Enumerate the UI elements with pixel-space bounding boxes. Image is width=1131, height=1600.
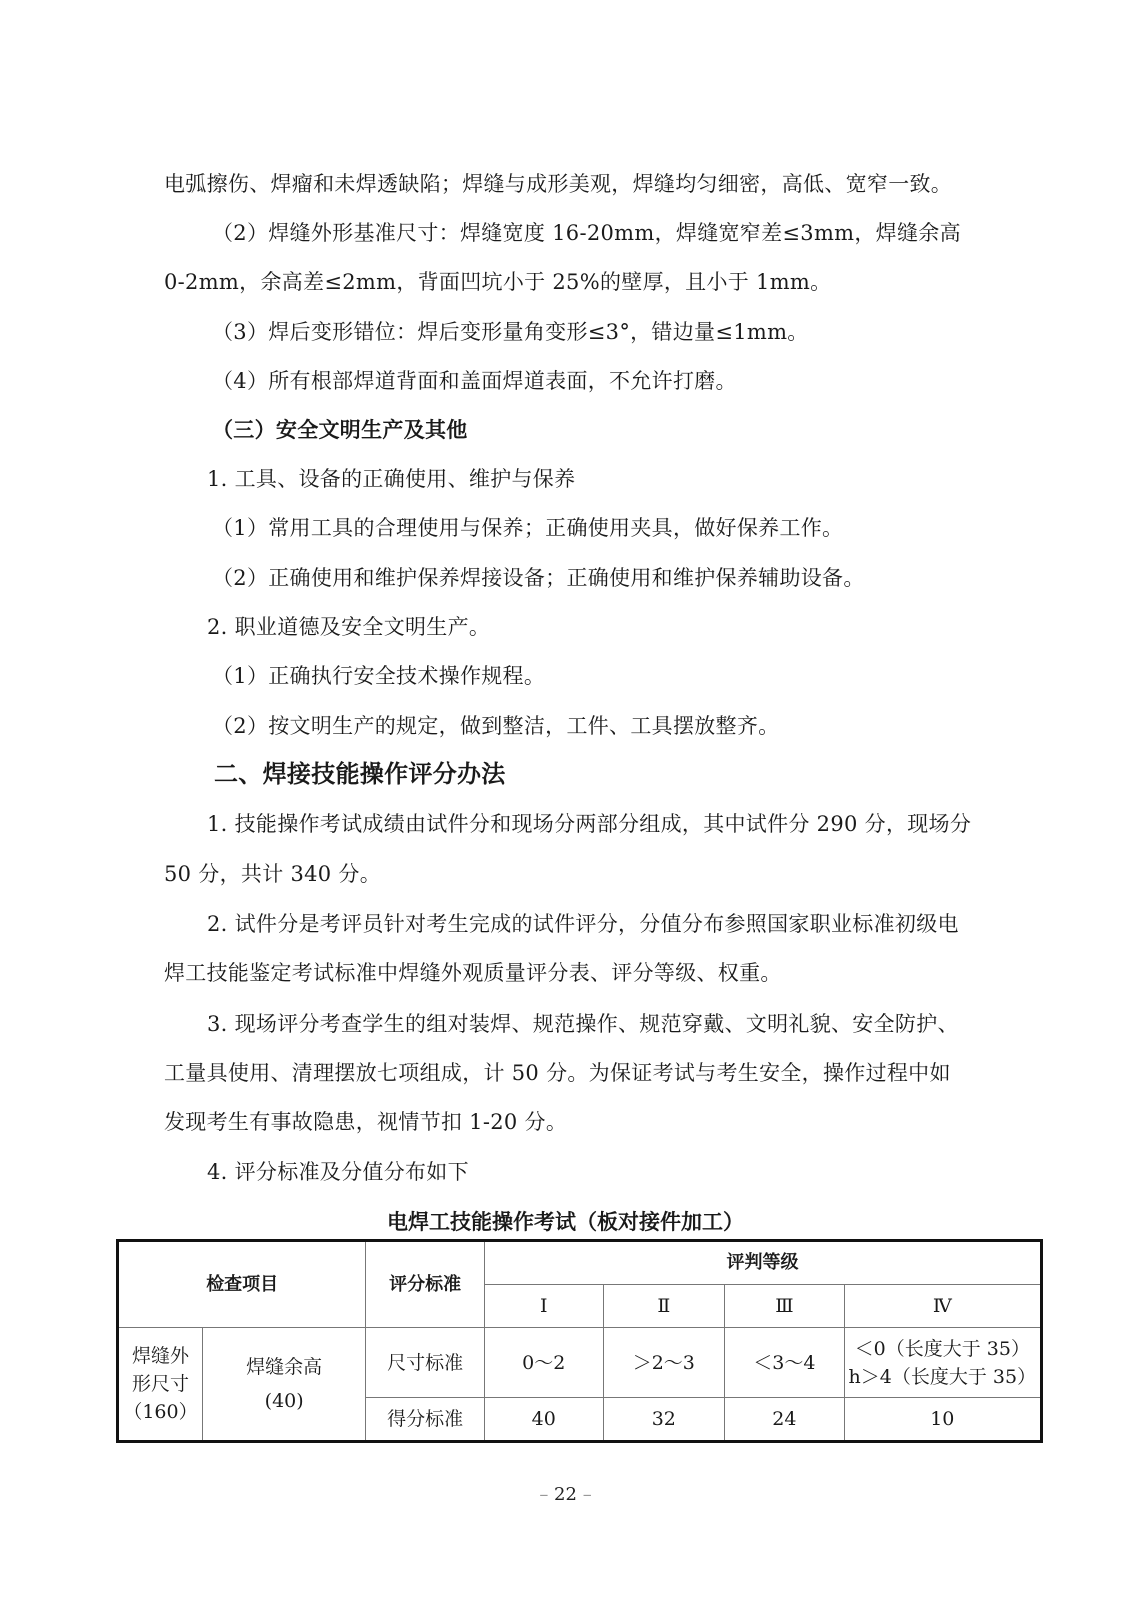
item-cell: 焊缝余高 (40) xyxy=(202,1328,365,1442)
paragraph-line: 焊工技能鉴定考试标准中焊缝外观质量评分表、评分等级、权重。 xyxy=(164,959,782,987)
category-line: 焊缝外 xyxy=(119,1342,202,1370)
score-value-ii: 32 xyxy=(603,1398,725,1442)
score-value-i: 40 xyxy=(484,1398,603,1442)
page-number-value: 22 xyxy=(554,1484,577,1505)
score-value-iii: 24 xyxy=(725,1398,845,1442)
size-value-iv-line: ＜0（长度大于 35） xyxy=(845,1335,1040,1363)
category-line: （160） xyxy=(119,1398,202,1426)
size-value-iv-line: h＞4（长度大于 35） xyxy=(845,1363,1040,1391)
paragraph-line: （4）所有根部焊道背面和盖面焊道表面，不允许打磨。 xyxy=(212,367,737,395)
score-value-iv: 10 xyxy=(844,1398,1041,1442)
size-value-iii: ＜3～4 xyxy=(725,1328,845,1398)
header-grade-ii: Ⅱ xyxy=(603,1285,725,1328)
paragraph-line: 0-2mm，余高差≤2mm，背面凹坑小于 25%的壁厚，且小于 1mm。 xyxy=(164,268,831,296)
size-value-ii: ＞2～3 xyxy=(603,1328,725,1398)
page-number: – 22 – xyxy=(0,1484,1131,1505)
size-value-i: 0～2 xyxy=(484,1328,603,1398)
paragraph-line: （2）正确使用和维护保养焊接设备；正确使用和维护保养辅助设备。 xyxy=(212,564,865,592)
header-check-item: 检查项目 xyxy=(118,1241,366,1328)
paragraph-line: 3. 现场评分考查学生的组对装焊、规范操作、规范穿戴、文明礼貌、安全防护、 xyxy=(207,1010,959,1038)
page-dash-left: – xyxy=(539,1484,548,1505)
item-name: 焊缝余高 xyxy=(203,1353,365,1381)
paragraph-line: 2. 试件分是考评员针对考生完成的试件评分，分值分布参照国家职业标准初级电 xyxy=(207,910,959,938)
paragraph-line: 1. 技能操作考试成绩由试件分和现场分两部分组成，其中试件分 290 分，现场分 xyxy=(207,810,971,838)
header-grade-i: Ⅰ xyxy=(484,1285,603,1328)
paragraph-line: （1）正确执行安全技术操作规程。 xyxy=(212,662,545,690)
paragraph-line: 50 分，共计 340 分。 xyxy=(164,860,381,888)
section-subheading: （三）安全文明生产及其他 xyxy=(212,416,468,444)
section-heading: 二、焊接技能操作评分办法 xyxy=(214,760,506,788)
header-scoring-standard: 评分标准 xyxy=(366,1241,485,1328)
item-points: (40) xyxy=(203,1387,365,1415)
paragraph-line: （1）常用工具的合理使用与保养；正确使用夹具，做好保养工作。 xyxy=(212,514,843,542)
header-grade-iv: Ⅳ xyxy=(844,1285,1041,1328)
paragraph-line: （2）焊缝外形基准尺寸：焊缝宽度 16-20mm，焊缝宽窄差≤3mm，焊缝余高 xyxy=(212,219,961,247)
size-value-iv: ＜0（长度大于 35） h＞4（长度大于 35） xyxy=(844,1328,1041,1398)
paragraph-line: （2）按文明生产的规定，做到整洁，工件、工具摆放整齐。 xyxy=(212,712,779,740)
paragraph-line: 2. 职业道德及安全文明生产。 xyxy=(207,613,490,641)
header-grade-iii: Ⅲ xyxy=(725,1285,845,1328)
grading-table: 检查项目 评分标准 评判等级 Ⅰ Ⅱ Ⅲ Ⅳ 焊缝外 形尺寸 （160） 焊缝余… xyxy=(116,1239,1043,1443)
paragraph-line: （3）焊后变形错位：焊后变形量角变形≤3°，错边量≤1mm。 xyxy=(212,318,809,346)
paragraph-line: 工量具使用、清理摆放七项组成，计 50 分。为保证考试与考生安全，操作过程中如 xyxy=(164,1059,951,1087)
paragraph-line: 1. 工具、设备的正确使用、维护与保养 xyxy=(207,465,575,493)
page-dash-right: – xyxy=(583,1484,592,1505)
paragraph-line: 电弧擦伤、焊瘤和未焊透缺陷；焊缝与成形美观，焊缝均匀细密，高低、宽窄一致。 xyxy=(164,170,952,198)
score-standard-label: 得分标准 xyxy=(366,1398,485,1442)
category-cell: 焊缝外 形尺寸 （160） xyxy=(118,1328,203,1442)
paragraph-line: 发现考生有事故隐患，视情节扣 1-20 分。 xyxy=(164,1108,567,1136)
header-grade-level: 评判等级 xyxy=(484,1241,1041,1285)
paragraph-line: 4. 评分标准及分值分布如下 xyxy=(207,1158,469,1186)
table-title: 电焊工技能操作考试（板对接件加工） xyxy=(0,1206,1131,1236)
category-line: 形尺寸 xyxy=(119,1370,202,1398)
size-standard-label: 尺寸标准 xyxy=(366,1328,485,1398)
